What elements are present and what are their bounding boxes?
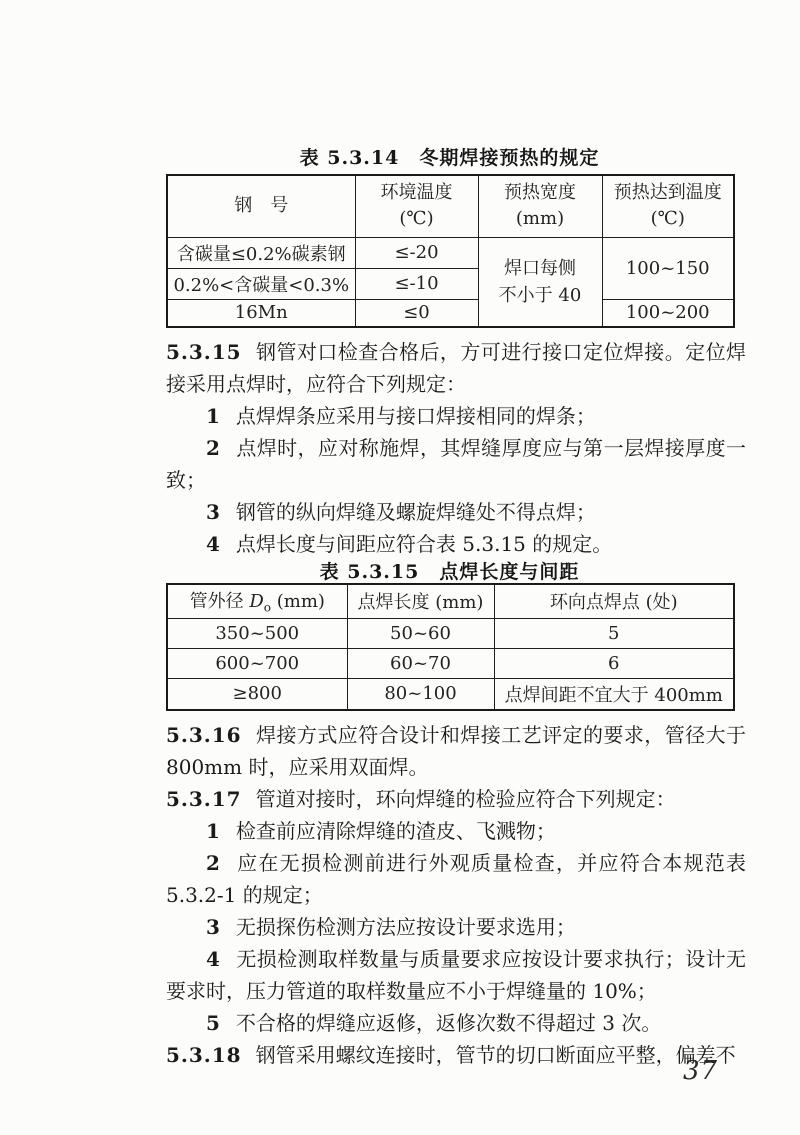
table-5-3-15: 管外径 Do (mm) 点焊长度 (mm) 环向点焊点 (处) 350~500 … [166,583,735,711]
item-text: 应在无损检测前进行外观质量检查，并应符合本规范表 5.3.2-1 的规定； [166,851,746,907]
clause-block-5-3-16-to-18: 5.3.16焊接方式应符合设计和焊接工艺评定的要求，管径大于 800mm 时，应… [166,719,746,1071]
table-row: 16Mn ≤0 100~200 [167,299,734,327]
item-text: 不合格的焊缝应返修，返修次数不得超过 3 次。 [236,1011,661,1035]
header-steel-grade: 钢 号 [167,175,355,237]
cell-weld-length-3: 80~100 [347,678,494,710]
cell-weld-length-2: 60~70 [347,648,494,678]
clause-number: 5.3.18 [166,1043,242,1067]
header-preheat-width: 预热宽度 (mm) [478,175,602,237]
cell-preheat-temp-merged: 100~150 [602,237,734,299]
scanned-document-page: { "page": { "number": "37" }, "table_5_3… [0,0,800,1135]
clause-number: 5.3.17 [166,787,242,811]
header-text: 预热达到温度 [605,180,732,206]
header-unit: (mm) [481,206,600,232]
item-text: 无损探伤检测方法应按设计要求选用； [236,915,576,939]
table-row: 钢 号 环境温度 (℃) 预热宽度 (mm) 预热达到温度 (℃) [167,175,734,237]
clause-5-3-17-item-2: 2应在无损检测前进行外观质量检查，并应符合本规范表 5.3.2-1 的规定； [166,847,746,911]
document-content-column: 表 5.3.14 冬期焊接预热的规定 钢 号 环境温度 (℃) 预热宽度 (mm… [166,146,746,1071]
clause-5-3-17-item-5: 5不合格的焊缝应返修，返修次数不得超过 3 次。 [166,1007,746,1039]
item-number: 5 [206,1011,220,1035]
item-text: 点焊焊条应采用与接口焊接相同的焊条； [236,404,596,428]
item-number: 2 [206,436,220,460]
item-number: 4 [206,532,220,556]
clause-5-3-15-item-3: 3钢管的纵向焊缝及螺旋焊缝处不得点焊； [166,496,746,528]
clause-number: 5.3.15 [166,340,242,364]
header-pipe-outer-diameter: 管外径 Do (mm) [167,584,347,618]
clause-5-3-18: 5.3.18钢管采用螺纹连接时，管节的切口断面应平整，偏差不 [166,1039,746,1071]
cell-ambient-temp-2: ≤-10 [355,268,478,299]
table-row: 含碳量≤0.2%碳素钢 ≤-20 焊口每侧 不小于 40 100~150 [167,237,734,268]
item-number: 3 [206,500,220,524]
header-unit: (mm) [271,591,325,612]
header-ambient-temp: 环境温度 (℃) [355,175,478,237]
cell-preheat-temp-3: 100~200 [602,299,734,327]
header-text: 预热宽度 [481,180,600,206]
header-text: 管外径 [190,591,250,612]
diameter-subscript: o [264,601,271,615]
cell-tack-points-2: 6 [494,648,734,678]
clause-text: 钢管对口检查合格后，方可进行接口定位焊接。定位焊接采用点焊时，应符合下列规定： [166,340,746,396]
header-text: 环境温度 [358,180,476,206]
cell-weld-length-1: 50~60 [347,618,494,648]
cell-ambient-temp-3: ≤0 [355,299,478,327]
diameter-symbol: D [249,591,263,612]
header-text: 钢 号 [170,193,353,219]
header-preheat-target-temp: 预热达到温度 (℃) [602,175,734,237]
clause-5-3-15-item-2: 2点焊时，应对称施焊，其焊缝厚度应与第一层焊接厚度一致； [166,432,746,496]
cell-tack-points-3: 点焊间距不宜大于 400mm [494,678,734,710]
item-number: 1 [206,404,220,428]
cell-diameter-range-3: ≥800 [167,678,347,710]
item-text: 无损检测取样数量与质量要求应按设计要求执行；设计无要求时，压力管道的取样数量应不… [166,947,746,1003]
header-circumferential-tack-points: 环向点焊点 (处) [494,584,734,618]
header-unit: (℃) [358,206,476,232]
item-text: 钢管的纵向焊缝及螺旋焊缝处不得点焊； [236,500,596,524]
cell-text-line: 焊口每侧 [481,255,600,282]
page-number: 37 [683,1056,718,1086]
item-text: 检查前应清除焊缝的渣皮、飞溅物； [236,819,556,843]
table-5-3-14: 钢 号 环境温度 (℃) 预热宽度 (mm) 预热达到温度 (℃) 含碳量≤0.… [166,174,735,328]
clause-5-3-15-item-1: 1点焊焊条应采用与接口焊接相同的焊条； [166,400,746,432]
clause-5-3-15: 5.3.15钢管对口检查合格后，方可进行接口定位焊接。定位焊接采用点焊时，应符合… [166,336,746,400]
clause-5-3-16: 5.3.16焊接方式应符合设计和焊接工艺评定的要求，管径大于 800mm 时，应… [166,719,746,783]
clause-number: 5.3.16 [166,723,242,747]
cell-text-line: 不小于 40 [481,282,600,309]
table-5-3-15-caption: 表 5.3.15 点焊长度与间距 [166,562,733,582]
cell-steel-grade-2: 0.2%<含碳量<0.3% [167,268,355,299]
item-text: 点焊长度与间距应符合表 5.3.15 的规定。 [236,532,612,556]
clause-5-3-17: 5.3.17管道对接时，环向焊缝的检验应符合下列规定： [166,783,746,815]
cell-steel-grade-1: 含碳量≤0.2%碳素钢 [167,237,355,268]
table-row: 600~700 60~70 6 [167,648,734,678]
clause-5-3-17-item-4: 4无损检测取样数量与质量要求应按设计要求执行；设计无要求时，压力管道的取样数量应… [166,943,746,1007]
item-number: 4 [206,947,220,971]
clause-5-3-17-item-3: 3无损探伤检测方法应按设计要求选用； [166,911,746,943]
item-number: 3 [206,915,220,939]
table-row: ≥800 80~100 点焊间距不宜大于 400mm [167,678,734,710]
clause-text: 钢管采用螺纹连接时，管节的切口断面应平整，偏差不 [256,1043,736,1067]
table-row: 管外径 Do (mm) 点焊长度 (mm) 环向点焊点 (处) [167,584,734,618]
header-tack-weld-length: 点焊长度 (mm) [347,584,494,618]
item-number: 1 [206,819,220,843]
clause-text: 管道对接时，环向焊缝的检验应符合下列规定： [256,787,676,811]
cell-diameter-range-2: 600~700 [167,648,347,678]
table-5-3-14-caption: 表 5.3.14 冬期焊接预热的规定 [166,146,733,170]
clause-5-3-15-item-4: 4点焊长度与间距应符合表 5.3.15 的规定。 [166,528,746,560]
clause-block-5-3-15: 5.3.15钢管对口检查合格后，方可进行接口定位焊接。定位焊接采用点焊时，应符合… [166,336,746,560]
cell-diameter-range-1: 350~500 [167,618,347,648]
table-row: 350~500 50~60 5 [167,618,734,648]
item-text: 点焊时，应对称施焊，其焊缝厚度应与第一层焊接厚度一致； [166,436,746,492]
cell-preheat-width-merged: 焊口每侧 不小于 40 [478,237,602,327]
cell-steel-grade-3: 16Mn [167,299,355,327]
item-number: 2 [206,851,220,875]
cell-tack-points-1: 5 [494,618,734,648]
cell-ambient-temp-1: ≤-20 [355,237,478,268]
clause-text: 焊接方式应符合设计和焊接工艺评定的要求，管径大于 800mm 时，应采用双面焊。 [166,723,746,779]
header-unit: (℃) [605,206,732,232]
clause-5-3-17-item-1: 1检查前应清除焊缝的渣皮、飞溅物； [166,815,746,847]
